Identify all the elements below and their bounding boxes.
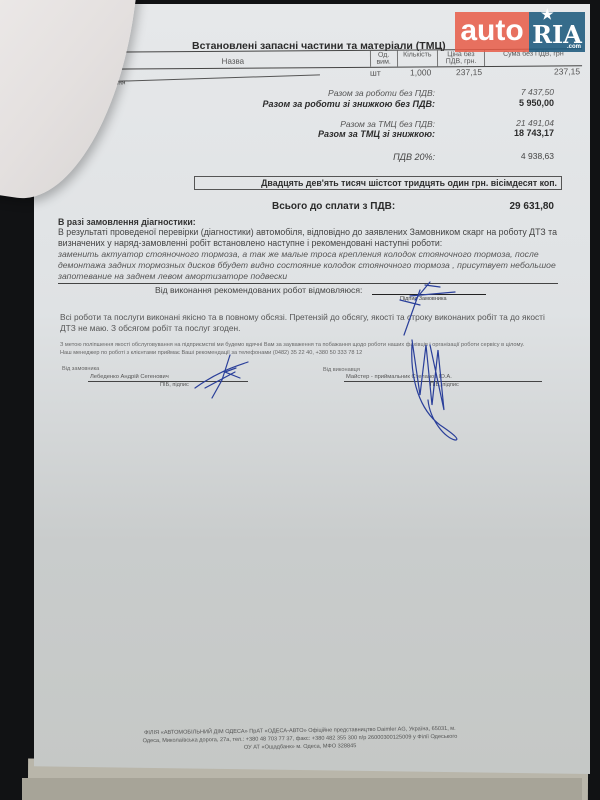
parts-discount-value: 18 743,17 [474, 128, 554, 138]
works-no-vat-value: 7 437,50 [474, 87, 554, 97]
watermark-auto: auto [455, 12, 529, 52]
diagnostics-findings: заменить актуатор стояночного тормоза, а… [58, 249, 558, 284]
works-no-vat-label: Разом за роботи без ПДВ: [195, 88, 435, 98]
col-price: Ціна без ПДВ, грн. [437, 50, 484, 66]
underlying-paper-2 [22, 778, 582, 800]
vat-value: 4 938,63 [474, 151, 554, 161]
parts-no-vat-label: Разом за ТМЦ без ПДВ: [195, 119, 435, 129]
grand-total-label: Всього до сплати з ПДВ: [272, 201, 395, 212]
amount-in-words: Двадцять дев'ять тисяч шістсот тридцять … [194, 176, 562, 190]
diagnostics-title: В разі замовлення діагностики: [58, 217, 196, 227]
works-discount-value: 5 950,00 [474, 98, 554, 108]
cell-price: 237,15 [456, 67, 482, 77]
refusal-signature-line [372, 294, 486, 295]
refusal-caption: Підпис Замовника [400, 296, 447, 302]
grand-total-value: 29 631,80 [470, 201, 554, 212]
cell-qty: 1,000 [410, 67, 431, 77]
executor-label: Від виконавця [323, 367, 360, 373]
col-unit: Од. вим. [370, 51, 397, 67]
customer-label: Від замовника [62, 366, 99, 372]
col-name: Назва [96, 51, 370, 69]
executor-name: Майстер - приймальник Степанов Ю.А. [346, 374, 452, 380]
works-discount-label: Разом за роботи зі знижкою без ПДВ: [195, 99, 435, 109]
quality-note: З метою поліпшення якості обслуговування… [60, 341, 530, 357]
cell-sum: 237,15 [554, 66, 580, 76]
executor-caption: ПІБ, підпис [430, 382, 459, 388]
customer-name: Лебеденко Андрій Сегенович [90, 374, 169, 380]
star-icon: ★ [541, 8, 554, 22]
watermark-ria: ★ RIA .com [529, 12, 585, 52]
cell-unit: шт [370, 68, 381, 78]
watermark: auto ★ RIA .com [455, 12, 585, 52]
parts-table-header: Назва Од. вим. Кількість Ціна без ПДВ, г… [96, 49, 582, 68]
company-footer: ФІЛІЯ «АВТОМОБІЛЬНИЙ ДІМ ОДЕСА» ПрАТ «ОД… [140, 725, 460, 753]
parts-discount-label: Разом за ТМЦ зі знижкою: [195, 129, 435, 139]
completion-text: Всі роботи та послуги виконані якісно та… [60, 312, 560, 334]
customer-caption: ПІБ, підпис [160, 382, 189, 388]
refusal-text: Від виконання рекомендованих робот відмо… [155, 285, 362, 295]
col-qty: Кількість [396, 50, 437, 66]
parts-no-vat-value: 21 491,04 [474, 118, 554, 128]
vat-label: ПДВ 20%: [195, 152, 435, 162]
diagnostics-intro: В результаті проведеної перевірки (діагн… [58, 227, 558, 249]
